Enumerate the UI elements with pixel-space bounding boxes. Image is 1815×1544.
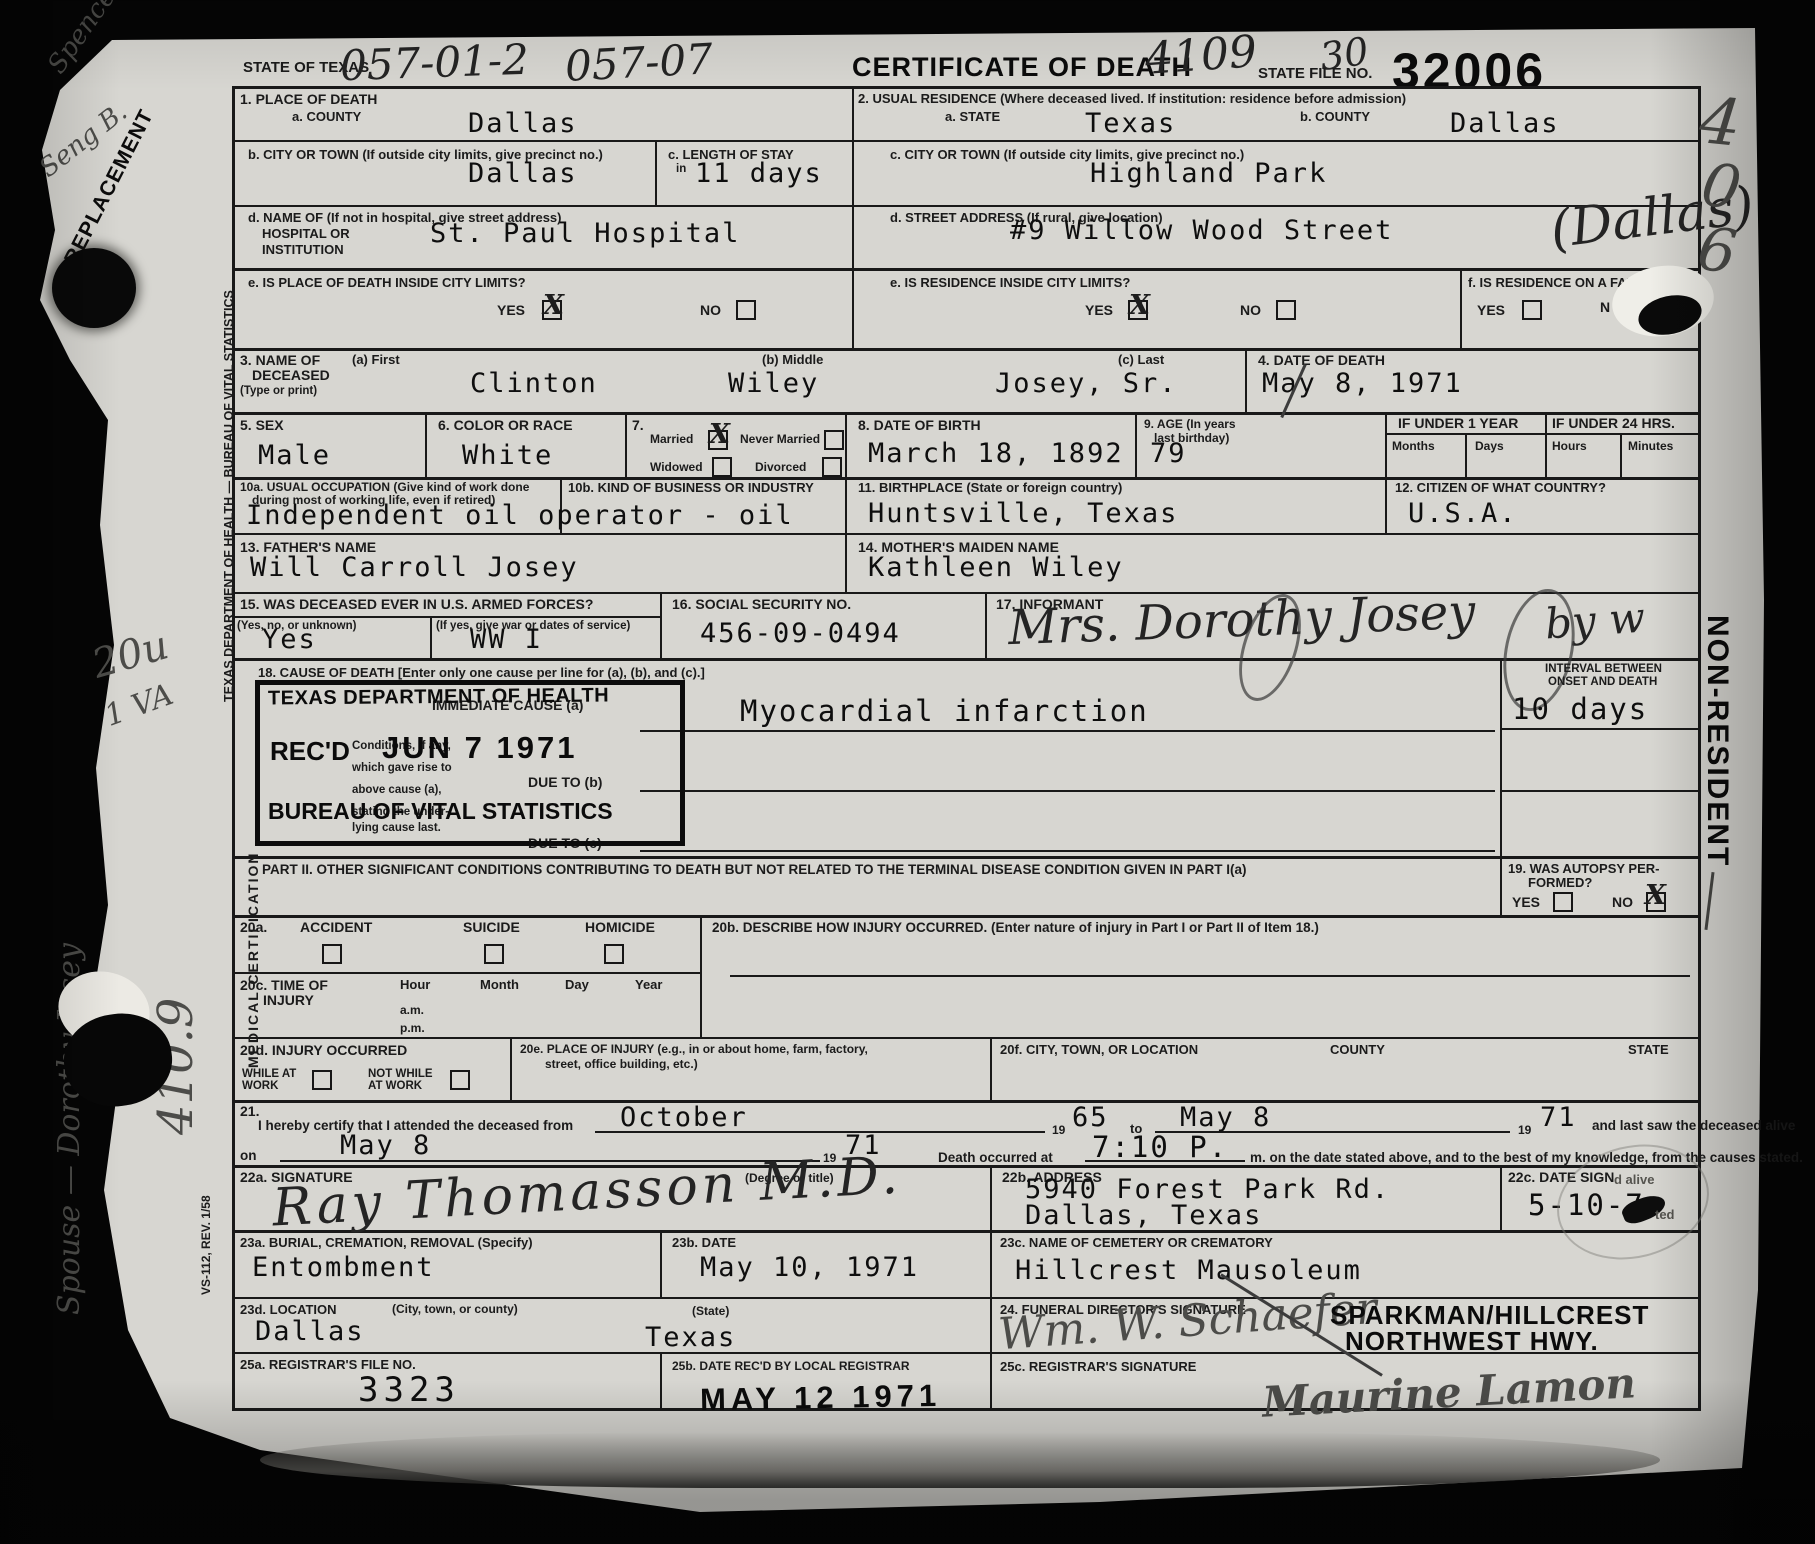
describe-injury-label: 20b. DESCRIBE HOW INJURY OCCURRED. (Ente… [712,920,1319,935]
last-seen-date: May 8 [340,1130,431,1161]
burial-date-label: 23b. DATE [672,1236,736,1251]
city-town-location-label: 20f. CITY, TOWN, OR LOCATION [1000,1043,1198,1058]
divorced-checkbox [822,457,842,477]
never-married-label: Never Married [740,433,820,446]
farm-yes-label: YES [1477,303,1505,319]
grid-line [1385,412,1387,533]
name-of-deceased-label-3: (Type or print) [240,385,317,398]
not-while-checkbox [450,1070,470,1090]
accident-checkbox [322,944,342,964]
grid-line [845,412,847,592]
grid-line [990,1352,992,1408]
grid-line [425,412,427,477]
on-label: on [240,1148,257,1163]
handwritten-code-2: 057-07 [564,34,714,91]
armed-forces-label: 15. WAS DECEASED EVER IN U.S. ARMED FORC… [240,597,593,613]
length-of-stay-value: 11 days [695,158,823,189]
state-col-label: STATE [1628,1043,1669,1058]
date-of-birth-label: 8. DATE OF BIRTH [858,418,981,434]
farm-yes-checkbox [1522,300,1542,320]
last-name-label: (c) Last [1118,353,1164,368]
grid-line [1460,268,1462,348]
injury-occurred-label: 20d. INJURY OCCURRED [240,1043,407,1059]
cause-of-death-label: 18. CAUSE OF DEATH [Enter only one cause… [258,666,705,681]
sex-label: 5. SEX [240,418,284,434]
married-check-mark: X [709,419,730,450]
fill-rule [640,730,1495,732]
grid-line [1500,658,1502,915]
while-at-work-label-2: WORK [242,1080,278,1093]
age-label-1: 9. AGE (In years [1144,418,1236,431]
certificate-title: CERTIFICATE OF DEATH [852,52,1192,83]
homicide-checkbox [604,944,624,964]
attended-to-year: 71 [1540,1102,1577,1133]
grid-line [990,1037,992,1100]
county-label: a. COUNTY [292,110,361,125]
state-value: Texas [1085,108,1176,139]
ssn-value: 456-09-0494 [700,618,901,649]
funeral-home-stamp-2: NORTHWEST HWY. [1345,1326,1599,1357]
grid-line [232,658,1698,661]
grid-line [852,86,854,348]
grid-line [1620,433,1622,477]
first-name-label: (a) First [352,353,400,368]
autopsy-no-label: NO [1612,895,1633,911]
margin-digit-4: 4 [1696,84,1744,162]
grid-line [232,86,1698,89]
marital-num-label: 7. [632,418,644,434]
certify-text-3: m. on the date stated above, and to the … [1250,1150,1803,1165]
grid-line [1500,790,1698,792]
sex-value: Male [258,440,331,471]
grid-line [990,1165,992,1230]
immediate-cause-value: Myocardial infarction [740,694,1149,728]
grid-line [232,616,660,618]
days-label: Days [1475,440,1504,453]
grid-line [232,856,1698,859]
non-resident-stamp: NON-RESIDENT [1700,615,1734,867]
grid-line [232,268,1698,271]
suicide-checkbox [484,944,504,964]
res-county-label: b. COUNTY [1300,110,1370,125]
interval-label-1: INTERVAL BETWEEN [1545,663,1662,676]
hospital-value: St. Paul Hospital [430,218,740,249]
grid-line [660,1352,662,1408]
fill-rule [730,975,1690,977]
date-of-death-label: 4. DATE OF DEATH [1258,353,1385,369]
day-label: Day [565,978,589,993]
name-of-deceased-label-2: DECEASED [252,368,330,384]
handwritten-number-4109: 4109 [1143,26,1258,85]
widowed-label: Widowed [650,461,703,474]
received-stamp-line1: TEXAS DEPARTMENT OF HEALTH [268,685,609,711]
street-address-value: #9 Willow Wood Street [1010,215,1393,246]
occupation-value: Independent oil operator - oil [246,500,794,531]
interval-label-2: ONSET AND DEATH [1548,676,1657,689]
autopsy-yes-checkbox [1553,892,1573,912]
grid-line [232,972,700,974]
burial-label: 23a. BURIAL, CREMATION, REMOVAL (Specify… [240,1236,533,1251]
last-name-value: Josey, Sr. [995,368,1178,399]
year-label: Year [635,978,662,993]
death-city-limits-label: e. IS PLACE OF DEATH INSIDE CITY LIMITS? [248,276,526,291]
grid-line [1135,412,1137,477]
months-label: Months [1392,440,1435,453]
grid-line [1500,728,1698,730]
usual-residence-title: 2. USUAL RESIDENCE (Where deceased lived… [858,92,1406,107]
time-of-injury-label-2: INJURY [263,993,314,1009]
medical-certification-vertical-label: MEDICAL CERTIFICATION [246,718,262,1068]
state-label: a. STATE [945,110,1000,125]
grid-line [625,412,627,477]
address-line-2: Dallas, Texas [1025,1200,1262,1231]
place-of-injury-label-2: street, office building, etc.) [545,1058,698,1071]
date-of-birth-value: March 18, 1892 [868,438,1124,469]
while-at-work-checkbox [312,1070,332,1090]
dept-of-health-vertical-label: TEXAS DEPARTMENT OF HEALTH — BUREAU OF V… [222,232,236,702]
location-sub-2: (State) [692,1305,729,1318]
date-recd-stamp: MAY 12 1971 [700,1378,942,1418]
middle-name-value: Wiley [728,368,819,399]
ssn-label: 16. SOCIAL SECURITY NO. [672,597,851,613]
birthplace-label: 11. BIRTHPLACE (State or foreign country… [858,481,1122,496]
received-stamp-line3: BUREAU OF VITAL STATISTICS [268,798,613,825]
time-of-death-value: 7:10 P. [1092,1130,1228,1164]
birthplace-value: Huntsville, Texas [868,498,1178,529]
hospital-label-2: HOSPITAL OR [262,227,350,242]
attended-from-month: October [620,1102,748,1133]
not-while-label-1: NOT WHILE [368,1068,433,1081]
cemetery-value: Hillcrest Mausoleum [1015,1255,1362,1286]
am-label: a.m. [400,1004,424,1017]
mother-name-value: Kathleen Wiley [868,552,1124,583]
if-under-1-year-label: IF UNDER 1 YEAR [1398,416,1518,432]
location-city-value: Dallas [255,1316,365,1347]
grid-line [232,1230,1698,1233]
autopsy-label-2: FORMED? [1528,876,1592,891]
grid-line [232,1297,1698,1299]
county-col-label: COUNTY [1330,1043,1385,1058]
grid-line [430,616,432,658]
interval-value: 10 days [1512,692,1648,726]
location-sub-1: (City, town, or county) [392,1303,518,1316]
month-label: Month [480,978,519,993]
grid-line [232,140,1698,142]
burial-date-value: May 10, 1971 [700,1252,919,1283]
received-stamp-date: JUN 7 1971 [382,730,577,766]
autopsy-yes-label: YES [1512,895,1540,911]
res-city-limits-label: e. IS RESIDENCE INSIDE CITY LIMITS? [890,276,1130,291]
accident-label: ACCIDENT [300,920,372,936]
race-label: 6. COLOR OR RACE [438,418,573,434]
punch-hole-top-left [52,248,136,328]
cemetery-label: 23c. NAME OF CEMETERY OR CREMATORY [1000,1236,1273,1251]
business-label: 10b. KIND OF BUSINESS OR INDUSTRY [568,481,814,496]
grid-line [232,348,1698,351]
grid-line [232,915,1698,918]
state-file-number: 32006 [1392,42,1546,100]
middle-name-label: (b) Middle [762,353,823,368]
city-value: Dallas [468,158,578,189]
pm-label: p.m. [400,1022,425,1035]
first-name-value: Clinton [470,368,598,399]
hours-label: Hours [1552,440,1587,453]
grid-line [660,1230,662,1297]
father-name-value: Will Carroll Josey [250,552,579,583]
grid-line [1545,412,1547,477]
grid-line [232,205,1698,207]
death-occurred-label: Death occurred at [938,1150,1053,1165]
hour-label: Hour [400,978,430,993]
length-of-stay-sub: in [676,163,686,176]
page-curl-shadow [260,1432,1660,1488]
race-value: White [462,440,553,471]
grid-line [990,1297,992,1352]
minutes-label: Minutes [1628,440,1673,453]
year-prefix-2: 19 [1518,1124,1531,1137]
yes-label: YES [497,303,525,319]
registrar-file-no-value: 3323 [358,1370,460,1410]
burial-value: Entombment [252,1252,435,1283]
no-label: NO [700,303,721,319]
fill-rule [640,790,1495,792]
armed-forces-value: Yes [262,624,317,655]
res-yes-check-mark: X [1129,290,1150,321]
grid-line [990,1230,992,1297]
handwritten-code-1: 057-01-2 [339,35,529,91]
res-yes-label: YES [1085,303,1113,319]
grid-line [510,1037,512,1100]
grid-line [232,1037,1698,1039]
location-state-value: Texas [645,1322,736,1353]
fill-rule [640,850,1495,852]
age-value: 79 [1150,438,1187,469]
citizen-value: U.S.A. [1408,498,1518,529]
s21-num-label: 21. [240,1104,259,1120]
res-county-value: Dallas [1450,108,1560,139]
grid-line [1500,1165,1502,1230]
attended-to-date: May 8 [1180,1102,1271,1133]
suicide-label: SUICIDE [463,920,520,936]
grid-line [660,592,662,658]
county-value: Dallas [468,108,578,139]
res-city-value: Highland Park [1090,158,1327,189]
grid-line [985,592,987,658]
married-label: Married [650,433,693,446]
received-stamp-recd: REC'D [270,736,350,767]
place-of-death-title: 1. PLACE OF DEATH [240,92,377,108]
divorced-label: Divorced [755,461,806,474]
hospital-label-3: INSTITUTION [262,243,344,258]
grid-line [1385,433,1698,435]
farm-no-label-partial: N [1600,300,1610,316]
homicide-label: HOMICIDE [585,920,655,936]
not-while-label-2: AT WORK [368,1080,422,1093]
res-no-label: NO [1240,303,1261,319]
grid-line [232,592,1698,594]
grid-line [232,1100,1698,1103]
form-revision-label: VS-112, REV. 1/58 [200,1145,213,1295]
date-recd-label: 25b. DATE REC'D BY LOCAL REGISTRAR [672,1360,910,1373]
grid-line [232,533,1698,535]
if-under-24-hrs-label: IF UNDER 24 HRS. [1552,416,1675,432]
no-checkbox [736,300,756,320]
registrar-signature-label: 25c. REGISTRAR'S SIGNATURE [1000,1360,1196,1375]
widowed-checkbox [712,457,732,477]
place-of-injury-label-1: 20e. PLACE OF INJURY (e.g., in or about … [520,1043,868,1056]
state-file-no-label: STATE FILE NO. [1258,66,1372,83]
death-certificate-scan: STATE OF TEXAS 057-01-2 057-07 CERTIFICA… [0,0,1815,1544]
grid-line [232,1165,1698,1168]
attended-from-year: 65 [1072,1102,1109,1133]
yes-check-mark: X [543,290,564,321]
year-prefix-1: 19 [1052,1124,1065,1137]
citizen-label: 12. CITIZEN OF WHAT COUNTRY? [1395,481,1606,496]
grid-line [1245,348,1247,412]
while-at-work-label-1: WHILE AT [242,1068,296,1081]
certify-text-2: and last saw the deceased alive [1592,1118,1795,1133]
grid-line [655,140,657,205]
never-married-checkbox [824,430,844,450]
grid-line [700,915,702,1037]
autopsy-no-check-mark: X [1645,880,1666,911]
war-value: WW I [470,624,543,655]
grid-line [1465,433,1467,477]
part-2-label: PART II. OTHER SIGNIFICANT CONDITIONS CO… [262,862,1247,877]
res-no-checkbox [1276,300,1296,320]
